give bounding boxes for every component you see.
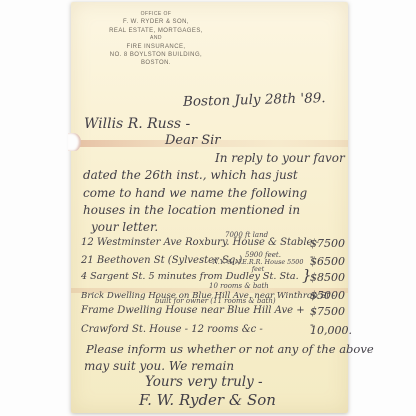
listing-description: 12 Westminster Ave Roxbury. House & Stab… [81,237,319,248]
closing-line: may suit you. We remain [84,359,234,373]
listing-note: 7000 ft land [225,231,268,239]
listing-description: Frame Dwelling House near Blue Hill Ave … [81,305,305,316]
listing-note: 10 rooms & bath [209,282,269,290]
listing-row: Crawford St. House - 12 rooms &c - 10,00… [77,324,343,340]
letterhead-line: F. W. RYDER & SON, [93,19,219,25]
letterhead-line: OFFICE OF [93,12,219,17]
body-line: In reply to your favor [215,151,345,165]
letterhead-line: AND [93,36,219,41]
letterhead: OFFICE OF F. W. RYDER & SON, REAL ESTATE… [93,12,219,69]
closing-line: Please inform us whether or not any of t… [86,342,374,356]
salutation-line: Dear Sir [165,133,221,148]
listing-row: Frame Dwelling House near Blue Hill Ave … [77,305,343,321]
letter-photo: OFFICE OF F. W. RYDER & SON, REAL ESTATE… [0,0,416,416]
letterhead-line: BOSTON. [93,60,219,66]
listing-row: 12 Westminster Ave Roxbury. House & Stab… [77,237,343,253]
recipient-line: Willis R. Russ - [84,116,190,132]
listing-note: built for owner (11 rooms & bath) [155,297,276,305]
listing-description: Crawford St. House - 12 rooms &c - [81,324,263,335]
letterhead-line: NO. 8 BOYLSTON BUILDING, [93,52,219,58]
listing-note: N.Y. & N.E.R.R. House 5500 feet [211,259,305,274]
paper-tear [68,133,81,151]
body-line: houses in the location mentioned in [83,203,300,217]
listing-price: $5000 [310,289,345,302]
listing-price: 10,000. [310,324,352,337]
signature-line: F. W. Ryder & Son [139,391,276,409]
body-line: your letter. [91,220,158,234]
listing-price: $8500 [310,271,345,284]
valediction-line: Yours very truly - [145,374,263,390]
body-line: come to hand we name the following [83,186,307,200]
letterhead-line: FIRE INSURANCE, [93,44,219,50]
body-line: dated the 26th inst., which has just [83,168,298,182]
listing-price: $6500 [310,255,345,268]
date-line: Boston July 28th '89. [183,90,326,110]
letter-paper: OFFICE OF F. W. RYDER & SON, REAL ESTATE… [71,2,348,413]
letterhead-line: REAL ESTATE, MORTGAGES, [93,28,219,34]
